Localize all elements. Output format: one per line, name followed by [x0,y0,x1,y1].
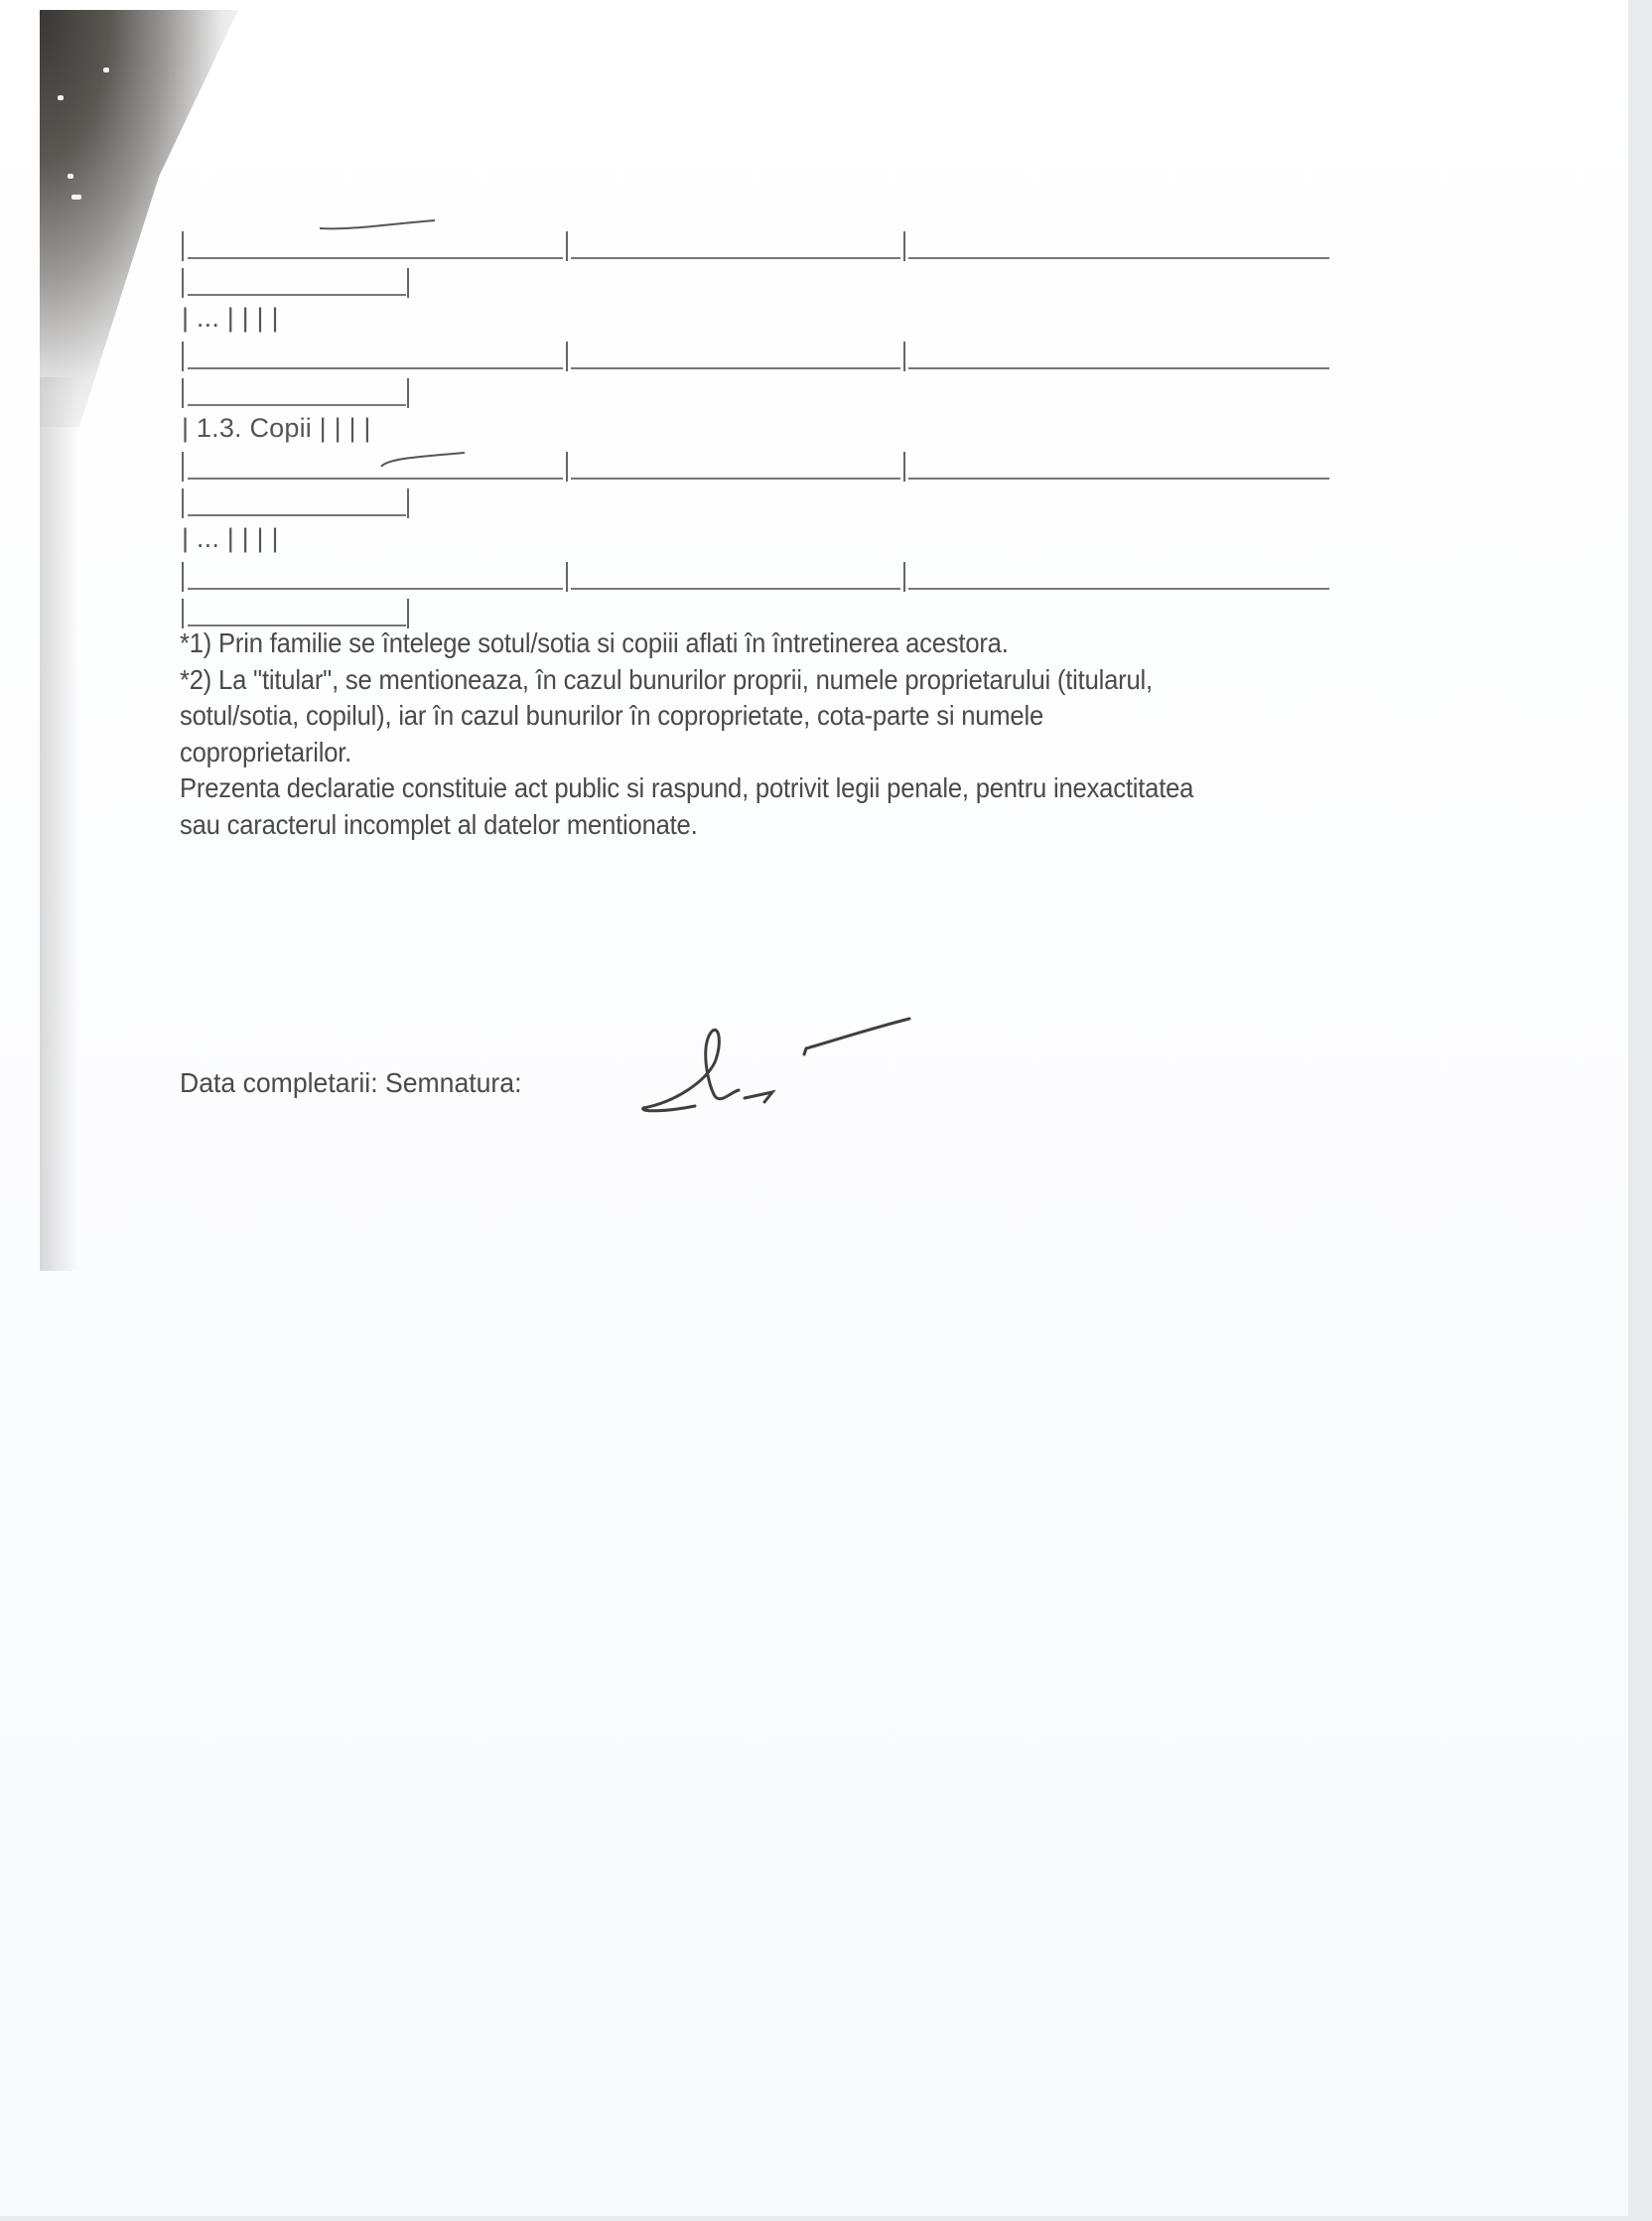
table-row [182,224,1333,261]
cell-rule [571,367,900,369]
table-row [182,482,1333,518]
cell-border [566,452,568,482]
cell-border [182,599,184,628]
scan-speck [58,95,64,100]
cell-border [407,268,409,298]
cell-rule [908,588,1329,590]
scan-shadow-edge [40,377,79,1271]
row-label: | 1.3. Copii | | | | [182,412,371,445]
cell-border [566,231,568,261]
cell-border [903,452,905,482]
cell-border [182,231,184,261]
footnote-2: *2) La "titular", se mentioneaza, în caz… [180,662,1195,771]
cell-border [182,268,184,298]
date-signature-label: Data completarii: Semnatura: [180,1067,521,1099]
row-label: | ... | | | | [182,522,279,555]
cell-border [182,342,184,371]
cell-border [182,488,184,518]
cell-border [566,562,568,592]
scan-speck [71,195,81,200]
cell-border [407,488,409,518]
cell-rule [188,294,406,296]
table-row: | ... | | | | [182,298,1333,335]
cell-rule [188,514,406,516]
table-row: | ... | | | | [182,518,1333,555]
table-row [182,445,1333,482]
table-row: | 1.3. Copii | | | | [182,408,1333,445]
cell-rule [188,478,563,480]
cell-rule [571,588,900,590]
cell-rule [908,478,1329,480]
cell-border [566,342,568,371]
cell-border [182,378,184,408]
declaration-statement: Prezenta declaratie constituie act publi… [180,770,1195,843]
family-members-table: | ... | | | || 1.3. Copii | | | || ... |… [182,224,1333,628]
cell-rule [188,367,563,369]
table-row [182,555,1333,592]
footnote-1: *1) Prin familie se întelege sotul/sotia… [180,625,1195,662]
footnotes: *1) Prin familie se întelege sotul/sotia… [180,625,1195,843]
scanned-page: | ... | | | || 1.3. Copii | | | || ... |… [0,0,1628,2216]
table-row [182,592,1333,628]
cell-rule [571,257,900,259]
table-row [182,371,1333,408]
cell-rule [188,588,563,590]
cell-border [407,599,409,628]
row-label: | ... | | | | [182,302,279,335]
table-row [182,335,1333,371]
cell-border [407,378,409,408]
scan-speck [103,68,109,72]
cell-rule [188,257,563,259]
cell-rule [908,367,1329,369]
cell-rule [908,257,1329,259]
cell-border [182,562,184,592]
cell-border [903,562,905,592]
cell-border [903,342,905,371]
cell-rule [188,404,406,406]
cell-border [903,231,905,261]
cell-rule [571,478,900,480]
handwritten-signature [635,1013,923,1122]
cell-border [182,452,184,482]
scan-speck [68,174,73,179]
table-row [182,261,1333,298]
